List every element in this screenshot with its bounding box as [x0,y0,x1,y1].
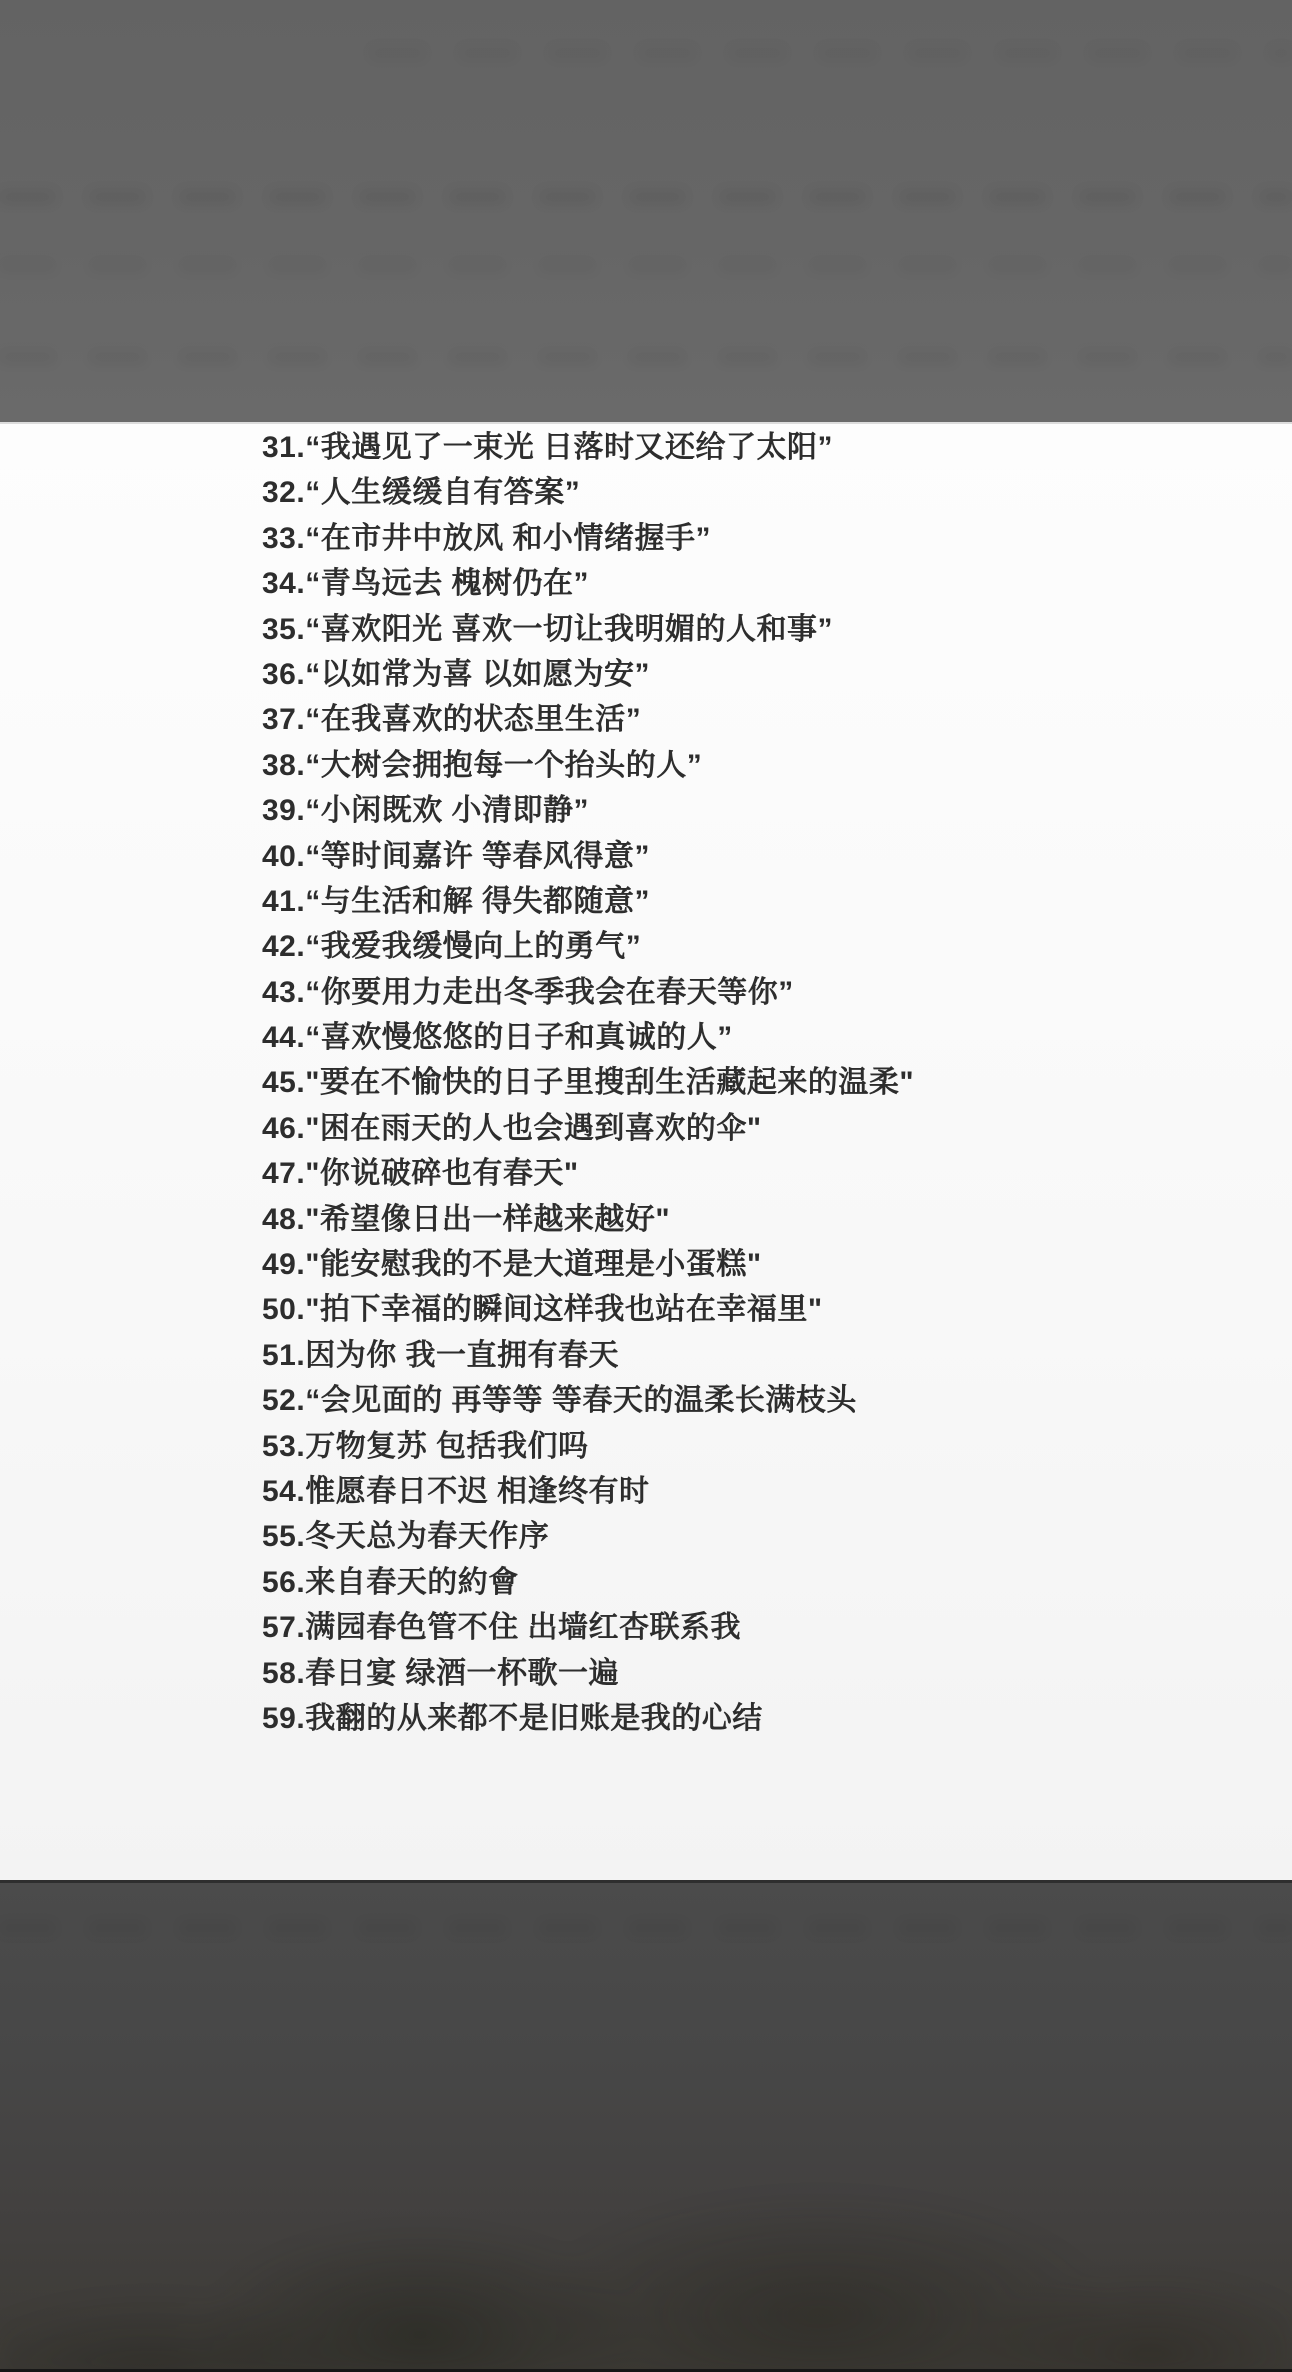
quote-line: 35.“喜欢阳光 喜欢一切让我明媚的人和事” [262,607,1242,652]
quotes-list: 31.“我遇见了一束光 日落时又还给了太阳”32.“人生缓缓自有答案”33.“在… [262,425,1242,1741]
quote-line: 44.“喜欢慢悠悠的日子和真诚的人” [262,1015,1242,1060]
quote-line: 32.“人生缓缓自有答案” [262,470,1242,515]
quote-line: 33.“在市井中放风 和小情绪握手” [262,516,1242,561]
quote-line: 37.“在我喜欢的状态里生活” [262,697,1242,742]
quote-line: 48."希望像日出一样越来越好" [262,1197,1242,1242]
blurred-ghost-text-row [0,1921,1292,1935]
quote-line: 45."要在不愉快的日子里搜刮生活藏起来的温柔" [262,1060,1242,1105]
top-dark-band [0,0,1292,422]
quote-line: 55.冬天总为春天作序 [262,1514,1242,1559]
blurred-ghost-text-row [0,190,1292,204]
quote-line: 47."你说破碎也有春天" [262,1151,1242,1196]
blurred-ghost-text-row [0,258,1292,272]
quote-line: 31.“我遇见了一束光 日落时又还给了太阳” [262,425,1242,470]
quote-line: 51.因为你 我一直拥有春天 [262,1333,1242,1378]
blurred-ghost-text-row [0,350,1292,364]
quote-line: 52.“会见面的 再等等 等春天的温柔长满枝头 [262,1378,1242,1423]
quote-line: 34.“青鸟远去 槐树仍在” [262,561,1242,606]
quote-line: 36.“以如常为喜 以如愿为安” [262,652,1242,697]
quote-line: 50."拍下幸福的瞬间这样我也站在幸福里" [262,1287,1242,1332]
quote-line: 39.“小闲既欢 小清即静” [262,788,1242,833]
quote-line: 54.惟愿春日不迟 相逢终有时 [262,1469,1242,1514]
quote-line: 40.“等时间嘉许 等春风得意” [262,834,1242,879]
blurred-ghost-text-row [370,46,1292,60]
quote-line: 58.春日宴 绿酒一杯歌一遍 [262,1651,1242,1696]
quote-line: 46."困在雨天的人也会遇到喜欢的伞" [262,1106,1242,1151]
quote-line: 38.“大树会拥抱每一个抬头的人” [262,743,1242,788]
blurred-photo-blobs [0,2075,1292,2372]
quote-line: 57.满园春色管不住 出墙红杏联系我 [262,1605,1242,1650]
quote-line: 42.“我爱我缓慢向上的勇气” [262,924,1242,969]
quote-line: 59.我翻的从来都不是旧账是我的心结 [262,1696,1242,1741]
quote-line: 43.“你要用力走出冬季我会在春天等你” [262,970,1242,1015]
quotes-page: 31.“我遇见了一束光 日落时又还给了太阳”32.“人生缓缓自有答案”33.“在… [0,422,1292,1882]
bottom-dark-band [0,1880,1292,2372]
quote-line: 56.来自春天的約會 [262,1560,1242,1605]
quote-line: 53.万物复苏 包括我们吗 [262,1424,1242,1469]
quote-line: 41.“与生活和解 得失都随意” [262,879,1242,924]
quote-line: 49."能安慰我的不是大道理是小蛋糕" [262,1242,1242,1287]
screenshot-frame: 31.“我遇见了一束光 日落时又还给了太阳”32.“人生缓缓自有答案”33.“在… [0,0,1292,2372]
